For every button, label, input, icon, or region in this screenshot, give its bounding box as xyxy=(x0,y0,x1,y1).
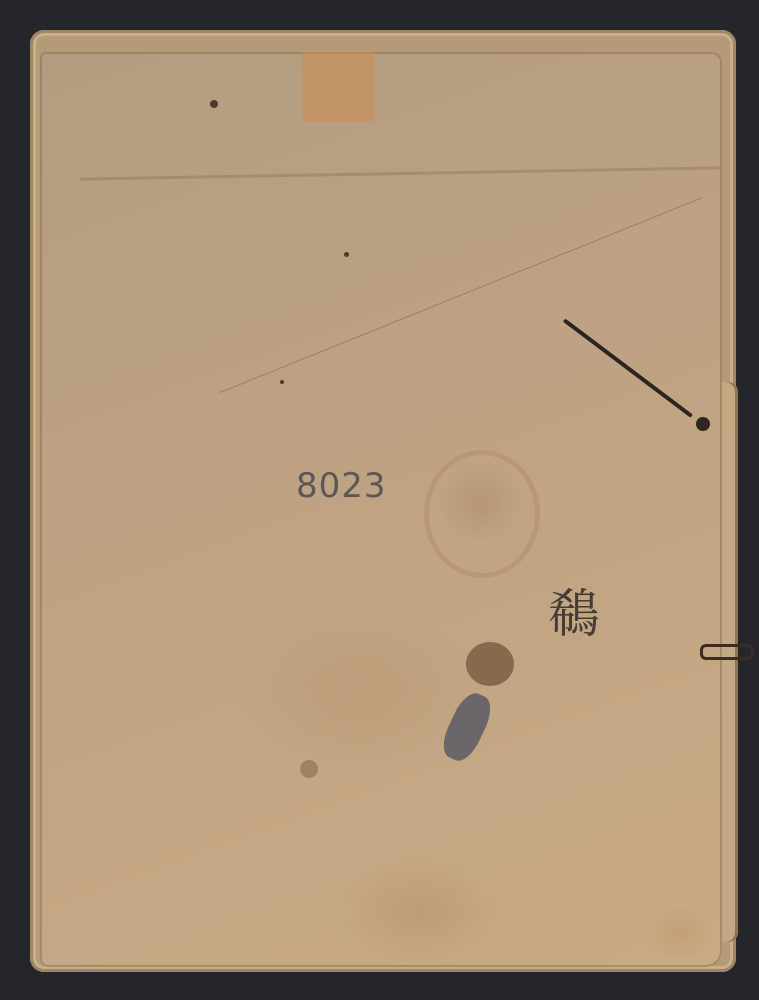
spot xyxy=(344,252,349,257)
crease-line-diagonal xyxy=(220,197,703,393)
spot xyxy=(280,380,284,384)
handwritten-character: 鵗 xyxy=(548,572,600,647)
binding-knot xyxy=(696,417,710,431)
spot xyxy=(210,100,218,108)
crease-line xyxy=(80,166,720,180)
spot xyxy=(300,760,318,778)
blue-ink-smudge xyxy=(437,688,497,766)
book: 8023 鵗 xyxy=(22,22,740,974)
catalog-number: 8023 xyxy=(296,466,387,506)
brown-stain xyxy=(466,642,514,686)
binding-string xyxy=(563,318,693,417)
tape-strip xyxy=(302,52,374,122)
water-stain-ring xyxy=(424,450,540,578)
binding-loop xyxy=(700,644,754,660)
book-cover: 8023 鵗 xyxy=(40,52,722,967)
